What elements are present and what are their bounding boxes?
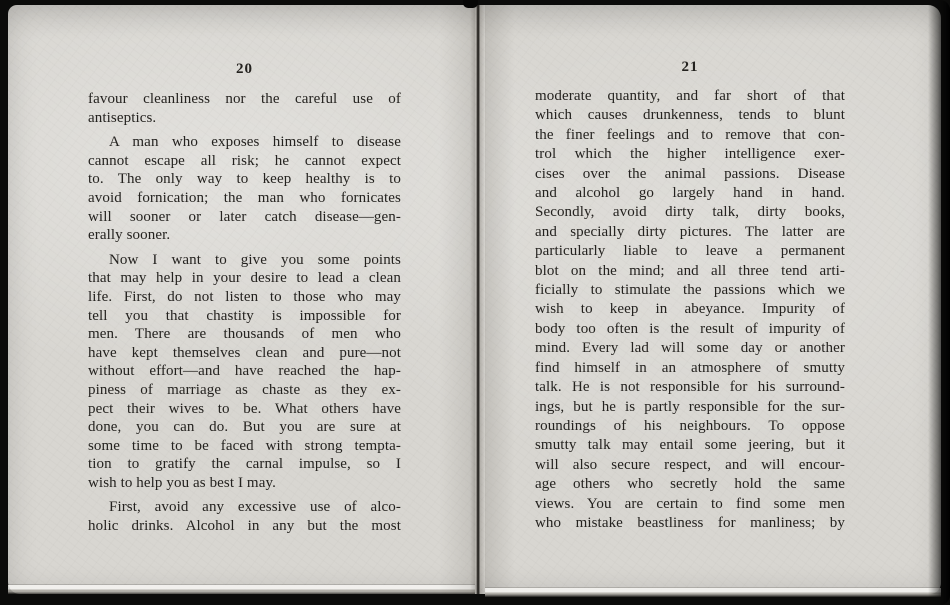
text-line: cannot escape all risk; he cannot expect [88,152,401,171]
text-line: blot on the mind; and all three tend art… [535,262,845,281]
text-line: and alcohol go largely hand in hand. [535,184,845,203]
page-left-bottom-edge [8,584,475,594]
text-line: erally sooner. [88,226,401,245]
text-line: ficially to stimulate the passions which… [535,281,845,300]
text-line: cises over the animal passions. Disease [535,165,845,184]
gutter-top-notch [463,0,478,8]
page-right-text-column: moderate quantity, and far short of that… [535,87,845,533]
text-line: which causes drunkenness, tends to blunt [535,106,845,125]
text-line: mind. Every lad will some day or another [535,339,845,358]
text-line: will sooner or later catch disease—gen- [88,208,401,227]
text-line: some time to be faced with strong tempta… [88,437,401,456]
text-line: wish to keep in abeyance. Impurity of [535,300,845,319]
text-line: will also secure respect, and will encou… [535,456,845,475]
text-line: have kept themselves clean and pure—not [88,344,401,363]
text-line: to. The only way to keep healthy is to [88,170,401,189]
text-line: views. You are certain to find some men [535,495,845,514]
text-line: piness of marriage as chaste as they ex- [88,381,401,400]
open-book: 20 favour cleanliness nor the careful us… [8,5,941,594]
text-line: trol which the higher intelligence exer- [535,145,845,164]
text-line: roundings of his neighbours. To oppose [535,417,845,436]
text-line: Secondly, avoid dirty talk, dirty books, [535,203,845,222]
text-line: body too often is the result of impurity… [535,320,845,339]
text-line: find himself in an atmosphere of smutty [535,359,845,378]
text-line: smutty talk may entail some jeering, but… [535,436,845,455]
book-scan: 20 favour cleanliness nor the careful us… [0,0,950,605]
page-number-left: 20 [88,61,401,78]
text-line: that may help in your desire to lead a c… [88,269,401,288]
text-line: talk. He is not responsible for his surr… [535,378,845,397]
book-right-edge-shadow [928,0,950,605]
text-line: favour cleanliness nor the careful use o… [88,90,401,109]
text-line: wish to help you as best I may. [88,474,401,493]
text-line: without effort—and have reached the hap- [88,362,401,381]
text-line: antiseptics. [88,109,401,128]
text-line: who mistake beastliness for manliness; b… [535,514,845,533]
text-line: holic drinks. Alcohol in any but the mos… [88,517,401,536]
text-line: men. There are thousands of men who [88,325,401,344]
text-line: A man who exposes himself to disease [88,133,401,152]
text-line: life. First, do not listen to those who … [88,288,401,307]
text-line: tell you that chastity is impossible for [88,307,401,326]
text-line: First, avoid any excessive use of alco- [88,498,401,517]
page-right: 21 moderate quantity, and far short of t… [485,5,941,594]
text-line: age others who secretly hold the same [535,475,845,494]
text-line: pect their wives to be. What others have [88,400,401,419]
text-line: moderate quantity, and far short of that [535,87,845,106]
book-gutter-fold [470,5,486,594]
page-left: 20 favour cleanliness nor the careful us… [8,5,475,594]
text-line: the finer feelings and to remove that co… [535,126,845,145]
text-line: particularly liable to leave a permanent [535,242,845,261]
text-line: ings, but he is partly responsible for t… [535,398,845,417]
text-line: avoid fornication; the man who fornicate… [88,189,401,208]
page-right-bottom-edge [485,587,941,597]
text-line: and specially dirty pictures. The latter… [535,223,845,242]
page-left-text-column: favour cleanliness nor the careful use o… [88,90,401,536]
text-line: done, you can do. But you are sure at [88,418,401,437]
text-line: Now I want to give you some points [88,251,401,270]
text-line: tion to gratify the carnal impulse, so I [88,455,401,474]
page-number-right: 21 [535,59,845,76]
